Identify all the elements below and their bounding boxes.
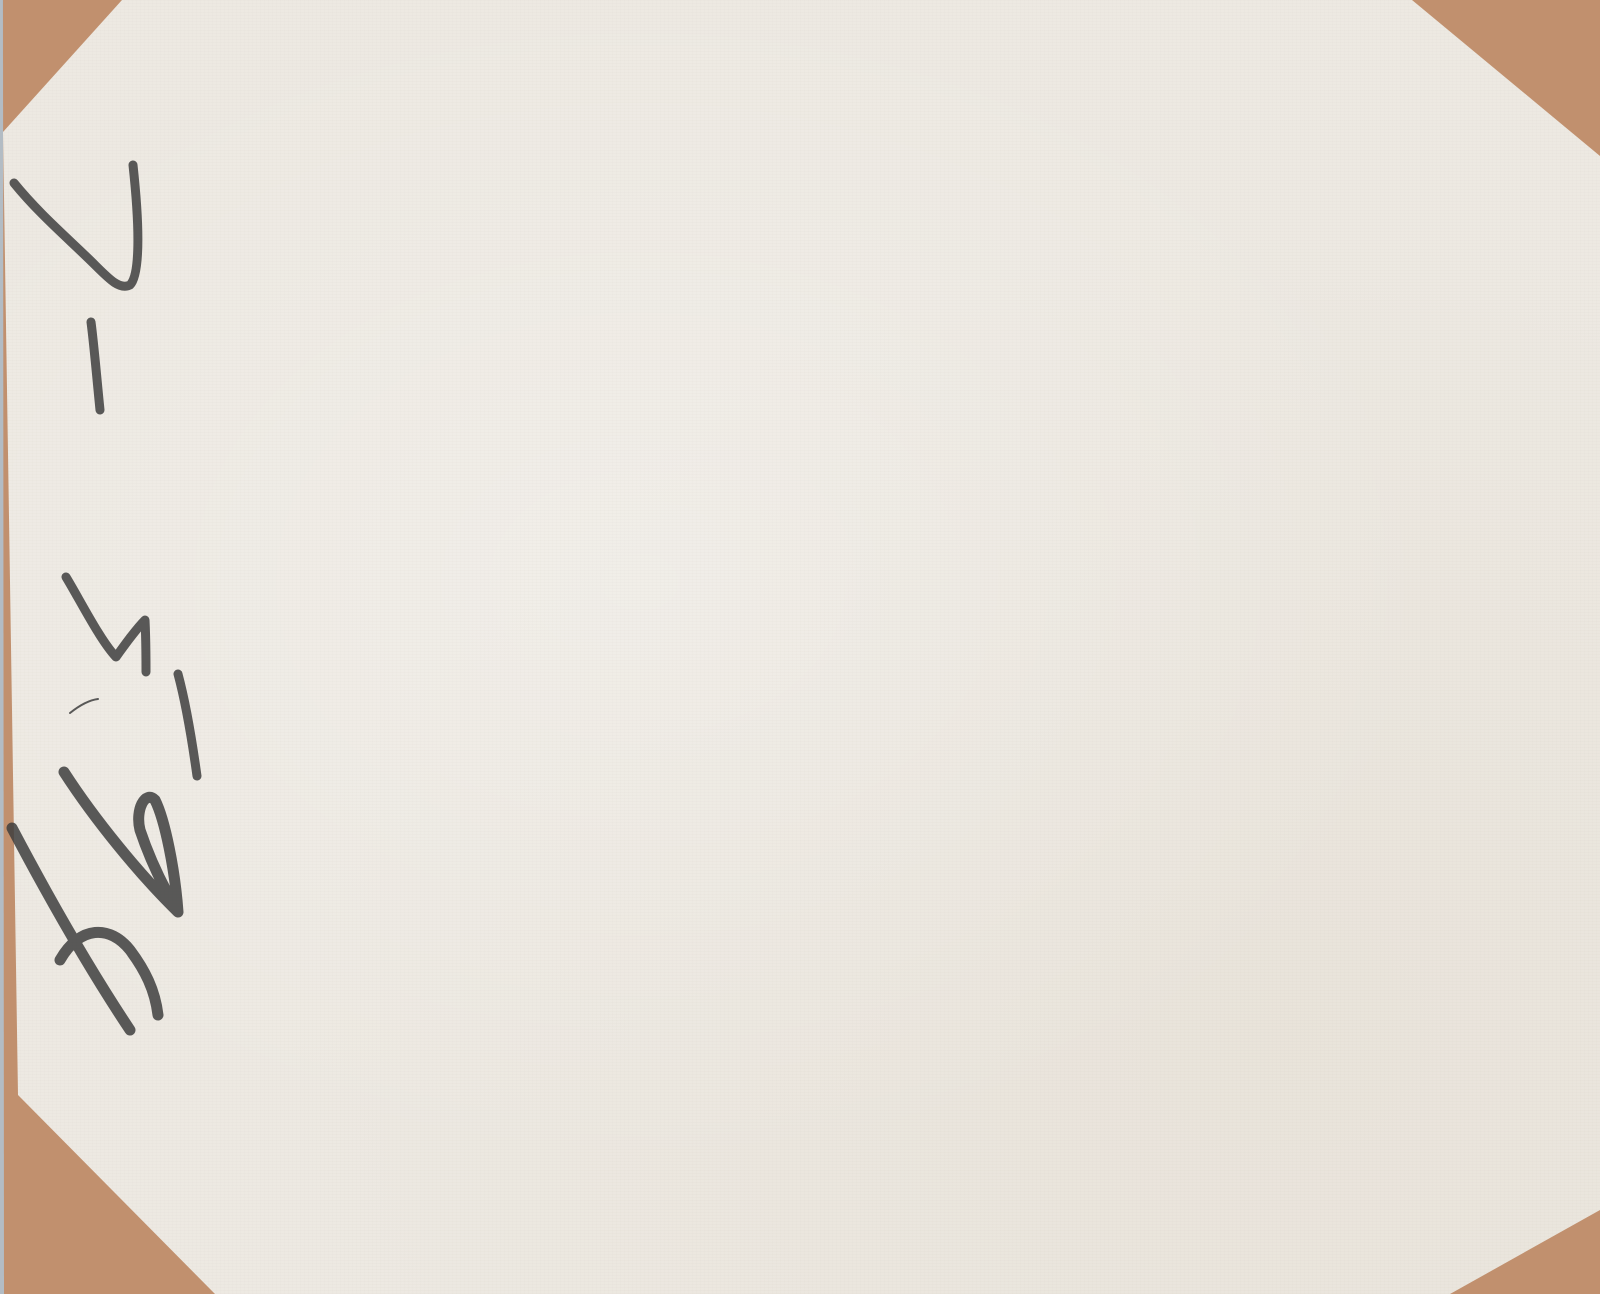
- photo-paper-back: [0, 0, 1600, 1294]
- paper-texture: [0, 0, 1600, 1294]
- scanned-photo-back: 7-5-94: [0, 0, 1600, 1294]
